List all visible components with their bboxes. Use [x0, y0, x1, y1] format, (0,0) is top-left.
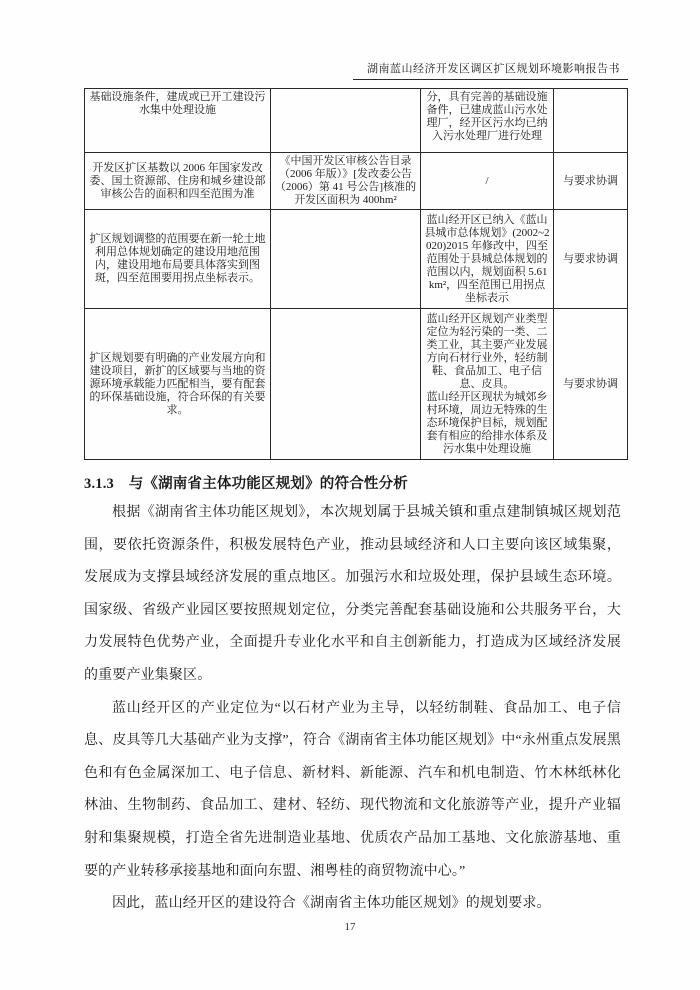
cell-basis	[271, 210, 421, 309]
cell-requirement: 扩区规划调整的范围要在新一轮土地利用总体规划确定的建设用地范围内，建设用地布局要…	[85, 210, 271, 309]
table-row: 扩区规划要有明确的产业发展方向和建设项目，新扩的区域要与当地的资源环境承载能力匹…	[85, 309, 628, 460]
page-number: 17	[0, 921, 700, 933]
section-heading: 3.1.3 与《湖南省主体功能区规划》的符合性分析	[84, 473, 621, 495]
table-row: 扩区规划调整的范围要在新一轮土地利用总体规划确定的建设用地范围内，建设用地布局要…	[85, 210, 628, 309]
cell-basis	[271, 309, 421, 460]
document-page: 湖南蓝山经济开发区调区扩区规划环境影响报告书 基础设施条件，建成或已开工建设污水…	[0, 0, 700, 990]
table-row: 基础设施条件，建成或已开工建设污水集中处理设施 分，具有完善的基础设施备件，已建…	[85, 89, 628, 153]
page-header: 湖南蓝山经济开发区调区扩区规划环境影响报告书	[0, 59, 628, 80]
paragraph: 蓝山经开区的产业定位为“以石材产业为主导，以轻纺制鞋、食品加工、电子信息、皮具等…	[84, 693, 621, 889]
cell-requirement: 扩区规划要有明确的产业发展方向和建设项目，新扩的区域要与当地的资源环境承载能力匹…	[85, 309, 271, 460]
cell-requirement: 开发区扩区基数以 2006 年国家发改委、国土资源部、住房和城乡建设部审核公告的…	[85, 153, 271, 210]
paragraph: 因此，蓝山经开区的建设符合《湖南省主体功能区规划》的规划要求。	[84, 888, 621, 921]
compliance-table: 基础设施条件，建成或已开工建设污水集中处理设施 分，具有完善的基础设施备件，已建…	[84, 88, 628, 460]
paragraph: 根据《湖南省主体功能区规划》，本次规划属于县城关镇和重点建制镇城区规划范围，要依…	[84, 497, 621, 693]
cell-status: 分，具有完善的基础设施备件，已建成蓝山污水处理厂，经开区污水均已纳入污水处理厂进…	[421, 89, 554, 153]
section-3-1-3: 3.1.3 与《湖南省主体功能区规划》的符合性分析 根据《湖南省主体功能区规划》…	[84, 473, 621, 921]
cell-requirement: 基础设施条件，建成或已开工建设污水集中处理设施	[85, 89, 271, 153]
cell-status: /	[421, 153, 554, 210]
cell-conclusion: 与要求协调	[554, 309, 628, 460]
cell-conclusion: 与要求协调	[554, 210, 628, 309]
cell-basis: 《中国开发区审核公告目录（2006 年版）》[发改委公告（2006）第 41 号…	[271, 153, 421, 210]
cell-basis	[271, 89, 421, 153]
cell-conclusion: 与要求协调	[554, 153, 628, 210]
cell-status: 蓝山经开区已纳入《蓝山县城市总体规划》(2002~2020)2015 年修改中，…	[421, 210, 554, 309]
report-title: 湖南蓝山经济开发区调区扩区规划环境影响报告书	[353, 62, 628, 80]
table-row: 开发区扩区基数以 2006 年国家发改委、国土资源部、住房和城乡建设部审核公告的…	[85, 153, 628, 210]
cell-conclusion	[554, 89, 628, 153]
cell-status: 蓝山经开区规划产业类型定位为轻污染的一类、二类工业，其主要产业发展方向石材行业外…	[421, 309, 554, 460]
